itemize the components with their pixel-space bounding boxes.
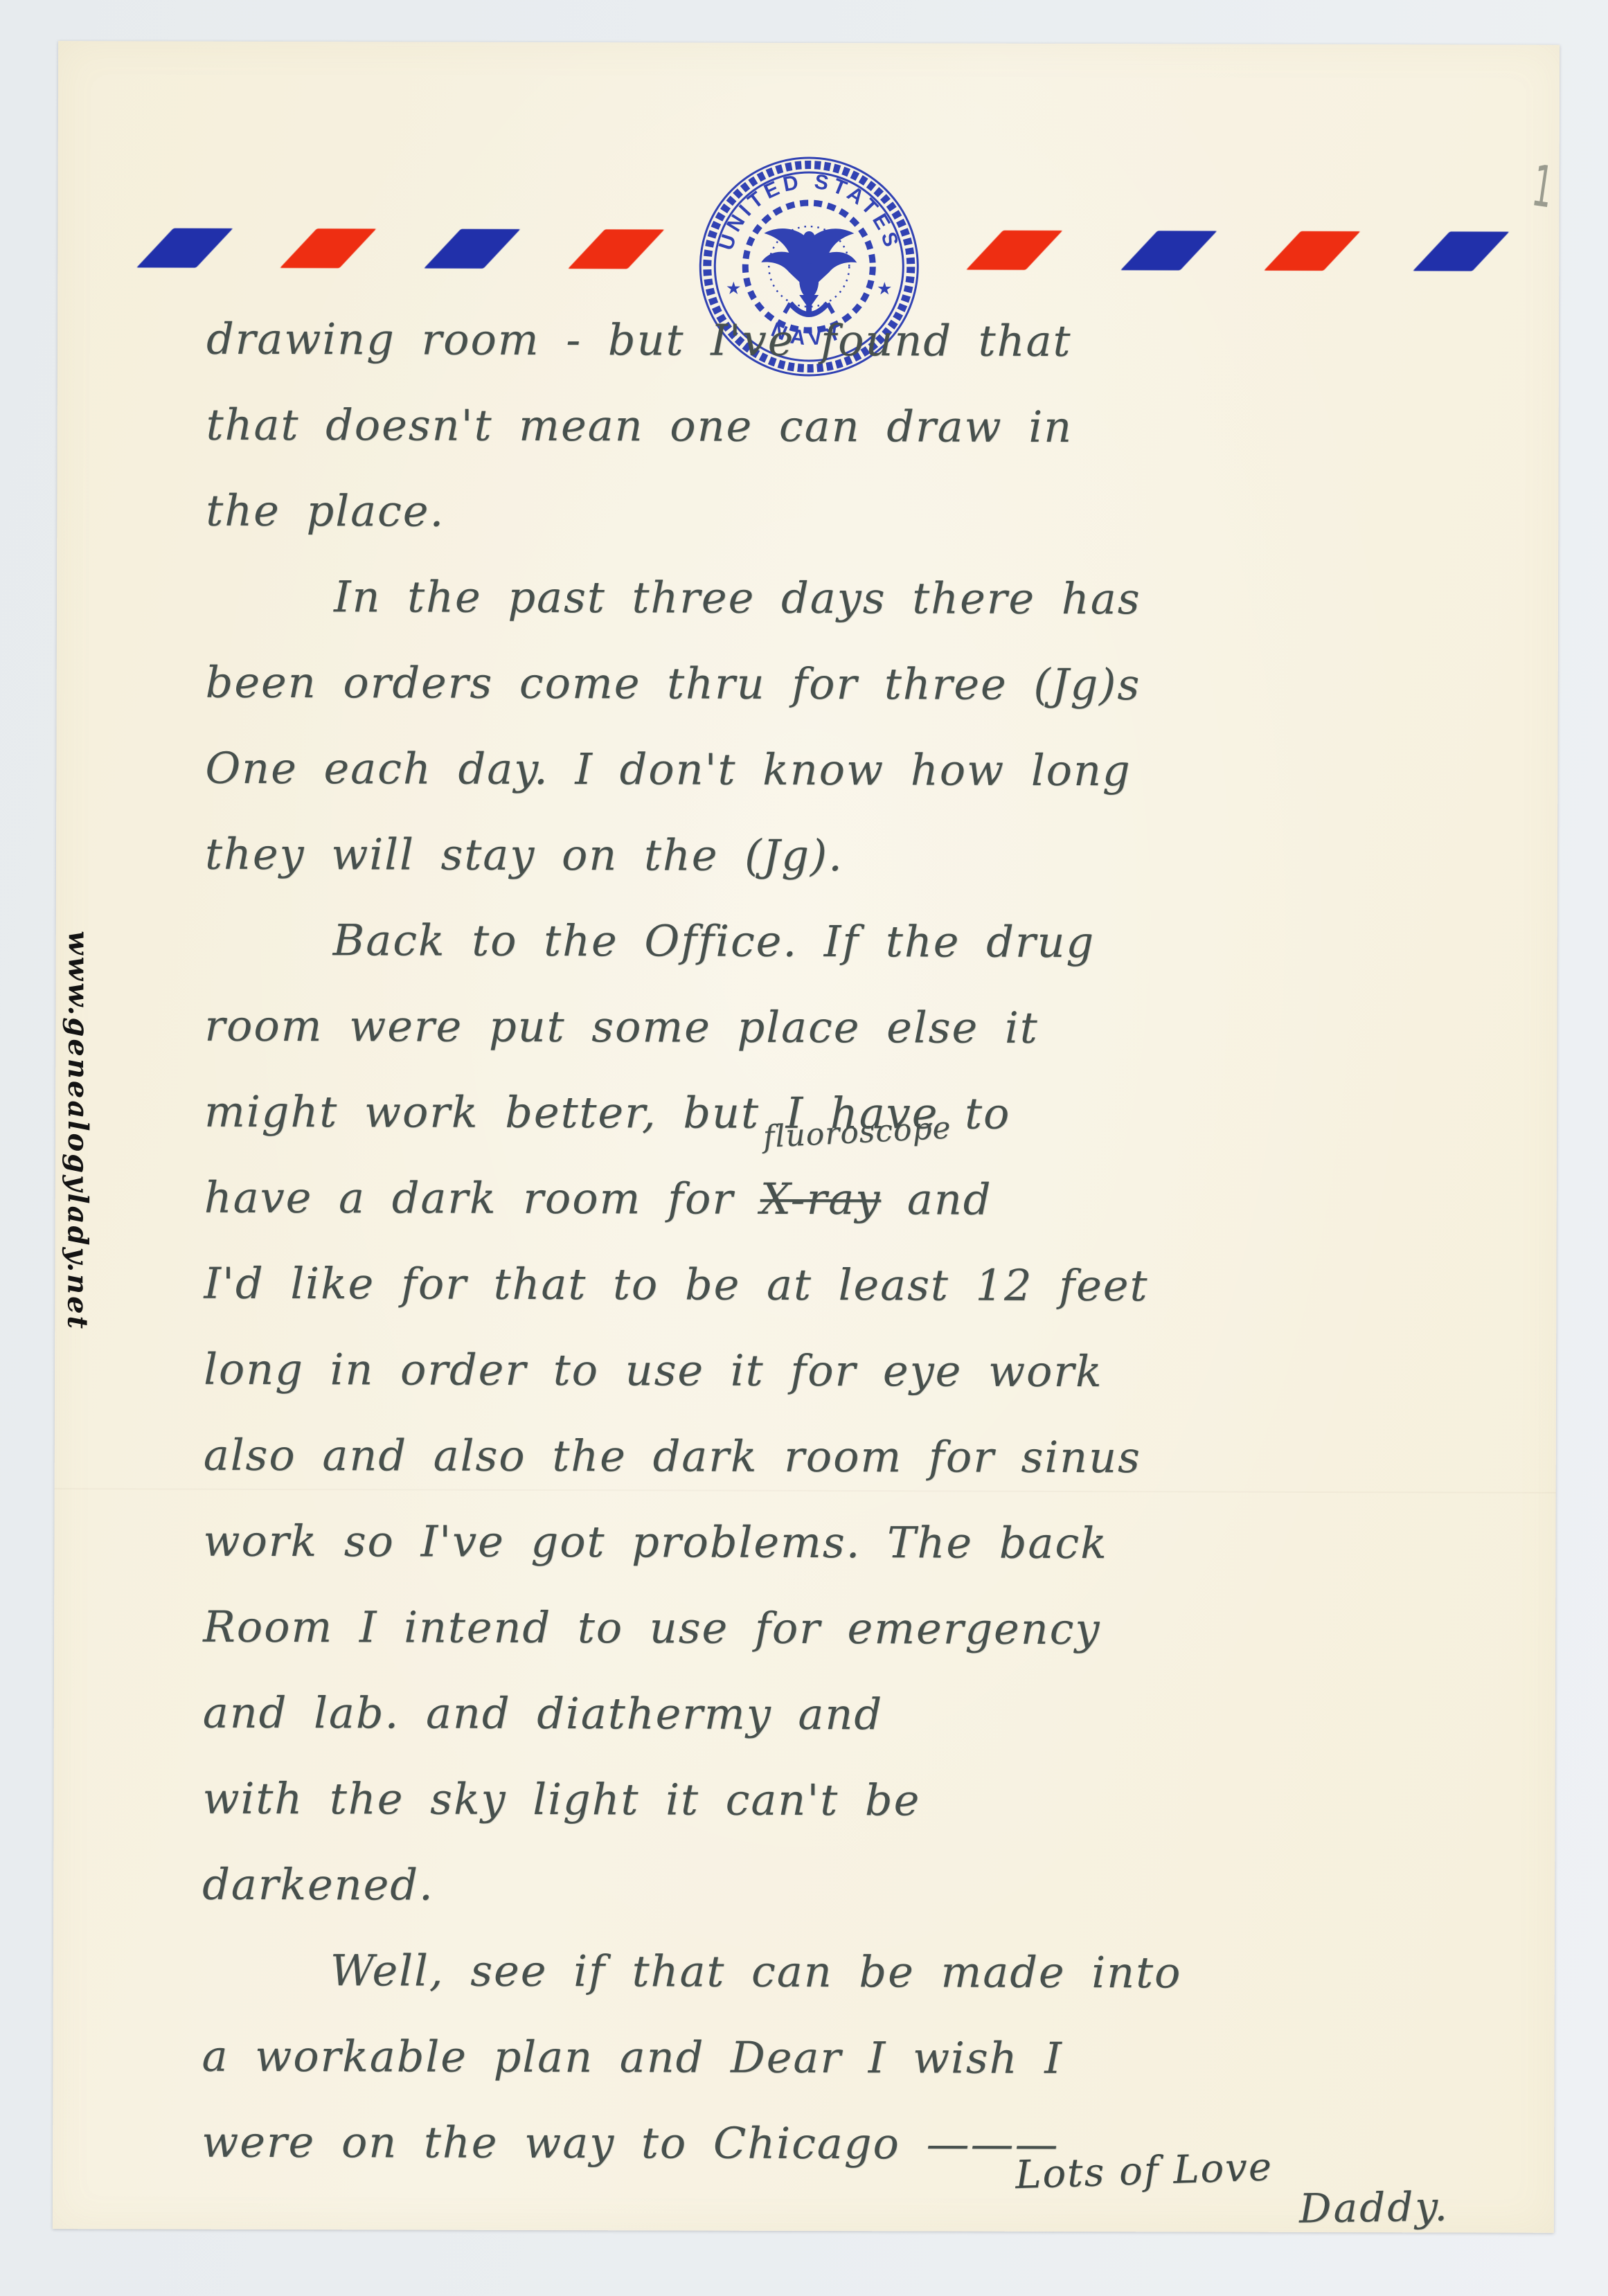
handwritten-line: the place. [206,468,1546,557]
inserted-word: fluoroscope [762,1113,952,1152]
handwritten-line: room were put some place else it [204,983,1544,1073]
handwritten-line: have a dark room for fluoroscopeX-ray an… [204,1155,1544,1244]
page-number: 1 [1528,153,1557,221]
handwritten-line: work so I've got problems. The back [203,1498,1543,1588]
handwritten-line: that doesn't mean one can draw in [206,382,1546,472]
handwritten-line: Well, see if that can be made into [202,1928,1542,2017]
handwritten-line: they will stay on the (Jg). [205,811,1545,901]
eagle-icon [761,228,857,309]
handwritten-line: and lab. and diathermy and [203,1670,1543,1759]
letter-body: drawing room - but I've found thatthat d… [202,296,1546,2189]
handwritten-line: with the sky light it can't be [202,1756,1542,1845]
handwritten-line: also and also the dark room for sinus [204,1412,1544,1502]
handwritten-line: a workable plan and Dear I wish I [202,2014,1542,2103]
handwritten-line: Room I intend to use for emergency [203,1584,1543,1674]
airmail-stripe-blue [424,229,520,269]
strikethrough-word: X-ray [760,1174,882,1224]
airmail-stripe-blue [136,228,233,268]
handwritten-line: In the past three days there has [206,554,1546,643]
handwritten-line: Back to the Office. If the drug [205,897,1545,987]
seal-left-star: ★ [726,280,740,297]
handwritten-line: drawing room - but I've found that [206,296,1546,386]
letter-paper: UNITED STATES NAVY ★ ★ drawing room - bu… [53,41,1560,2233]
seal-right-star: ★ [877,280,891,297]
airmail-border [58,41,1560,45]
signature: Daddy. [1298,2183,1449,2232]
handwritten-line: One each day. I don't know how long [205,726,1545,815]
airmail-stripe-red [568,229,664,269]
handwritten-line: darkened. [202,1842,1542,1931]
airmail-stripe-blue [1120,231,1217,270]
handwritten-line: been orders come thru for three (Jg)s [206,640,1546,729]
handwritten-line: long in order to use it for eye work [204,1327,1544,1416]
airmail-stripe-red [280,228,376,268]
handwritten-line: were on the way to Chicago ——— [202,2099,1542,2189]
closing-valediction: Lots of Love [1015,2144,1274,2198]
airmail-stripe-blue [1413,231,1509,271]
airmail-stripe-red [1264,231,1360,271]
handwritten-line: I'd like for that to be at least 12 feet [204,1241,1544,1330]
airmail-stripe-red [966,231,1062,270]
watermark: www.genealogylady.net [62,931,93,1291]
